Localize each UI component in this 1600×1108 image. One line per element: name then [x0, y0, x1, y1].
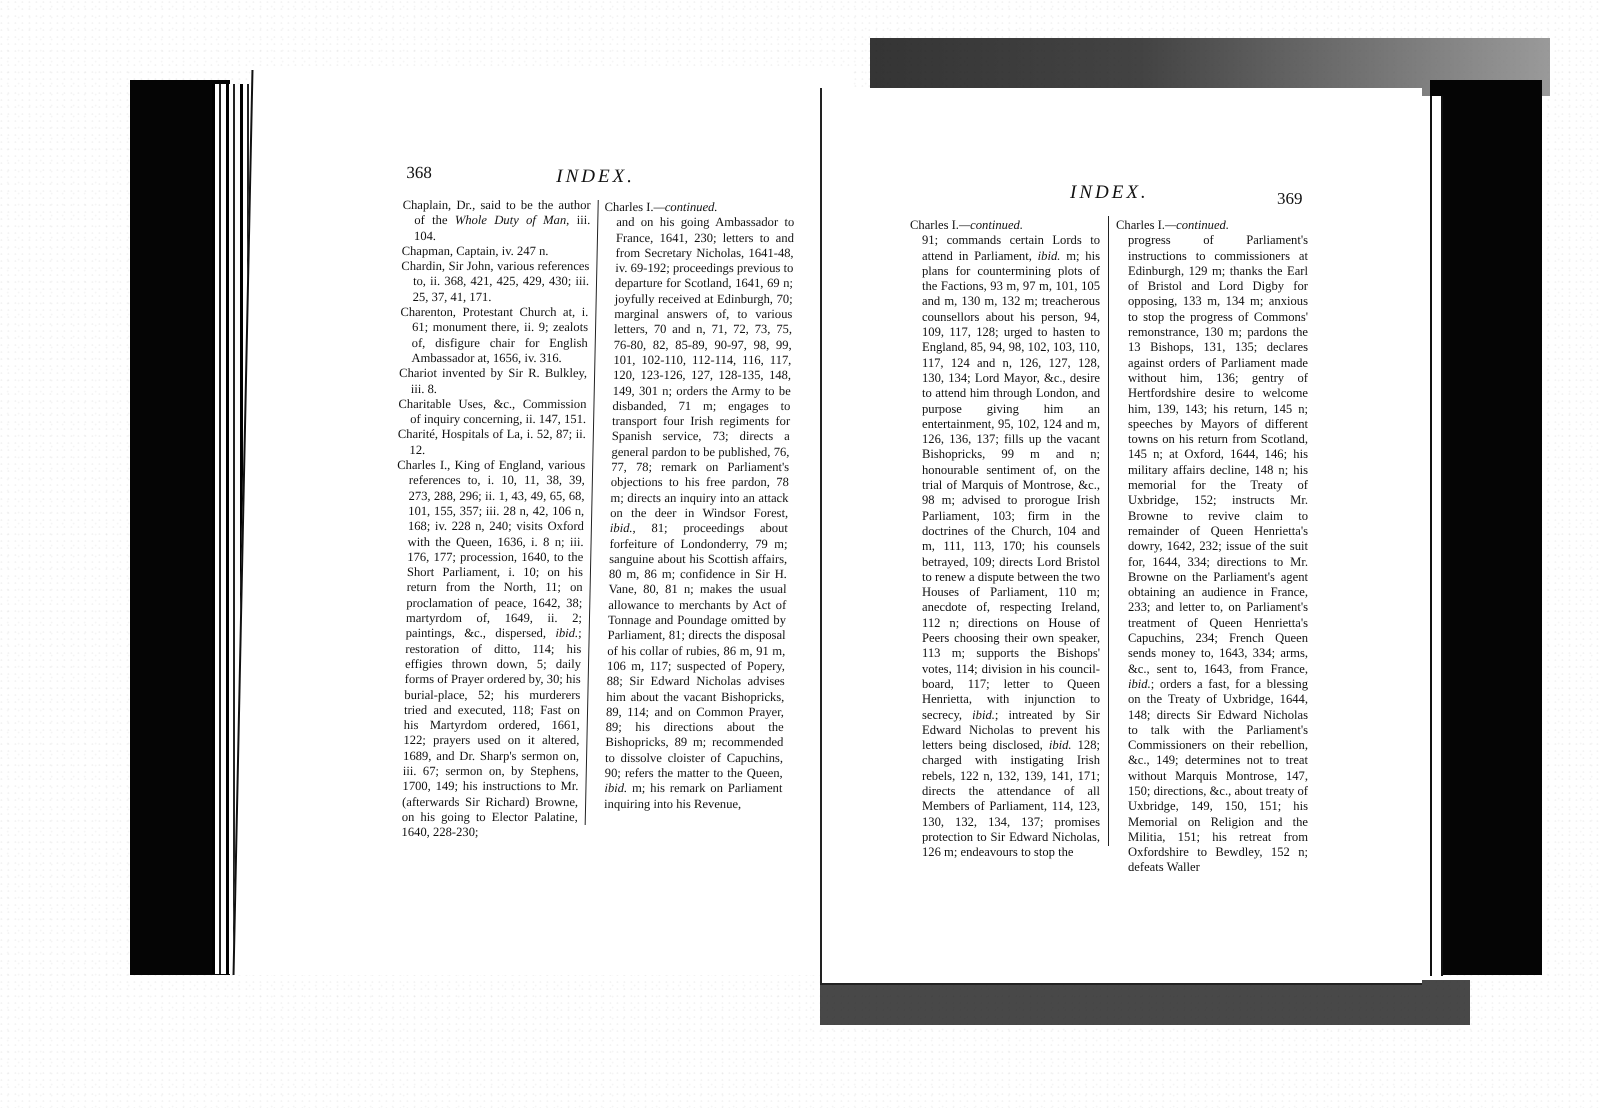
continued-heading: Charles I.—continued.: [1116, 218, 1308, 233]
continued-heading: Charles I.—continued.: [604, 200, 794, 215]
right-page-column-1: Charles I.—continued. 91; commands certa…: [910, 218, 1100, 860]
right-page-column-2: Charles I.—continued. progress of Parlia…: [1116, 218, 1308, 876]
index-entry: Chaplain, Dr., said to be the author of …: [402, 198, 591, 244]
book-cover-bottom-shadow: [820, 980, 1470, 1025]
book-cover-right: [1430, 80, 1542, 975]
index-entry-body: and on his going Ambassador to France, 1…: [592, 215, 794, 812]
index-entry: Charité, Hospitals of La, i. 52, 87; ii.…: [397, 427, 586, 458]
index-entry-body: progress of Parliament's instructions to…: [1116, 233, 1308, 875]
index-entry: Charles I., King of England, various ref…: [389, 458, 585, 840]
continued-heading: Charles I.—continued.: [910, 218, 1100, 233]
left-page-column-2: Charles I.—continued. and on his going A…: [592, 200, 795, 812]
left-running-head: INDEX.: [556, 166, 635, 188]
index-entry-body: 91; commands certain Lords to attend in …: [910, 233, 1100, 860]
left-page-column-1: Chaplain, Dr., said to be the author of …: [389, 198, 590, 840]
index-entry: Chardin, Sir John, various references to…: [401, 259, 590, 305]
index-entry: Chariot invented by Sir R. Bulkley, iii.…: [399, 366, 588, 397]
right-page: INDEX. 369 Charles I.—continued. 91; com…: [820, 88, 1422, 985]
column-rule: [1108, 216, 1109, 846]
right-running-head: INDEX.: [1070, 182, 1149, 204]
index-entry: Charenton, Protestant Church at, i. 61; …: [399, 305, 588, 366]
index-entry: Charitable Uses, &c., Commission of inqu…: [398, 397, 587, 428]
left-page: 368 INDEX. Chaplain, Dr., said to be the…: [233, 70, 854, 975]
right-page-number: 369: [1277, 188, 1303, 209]
index-entry: Chapman, Captain, iv. 247 n.: [402, 244, 590, 259]
left-page-number: 368: [406, 162, 432, 183]
